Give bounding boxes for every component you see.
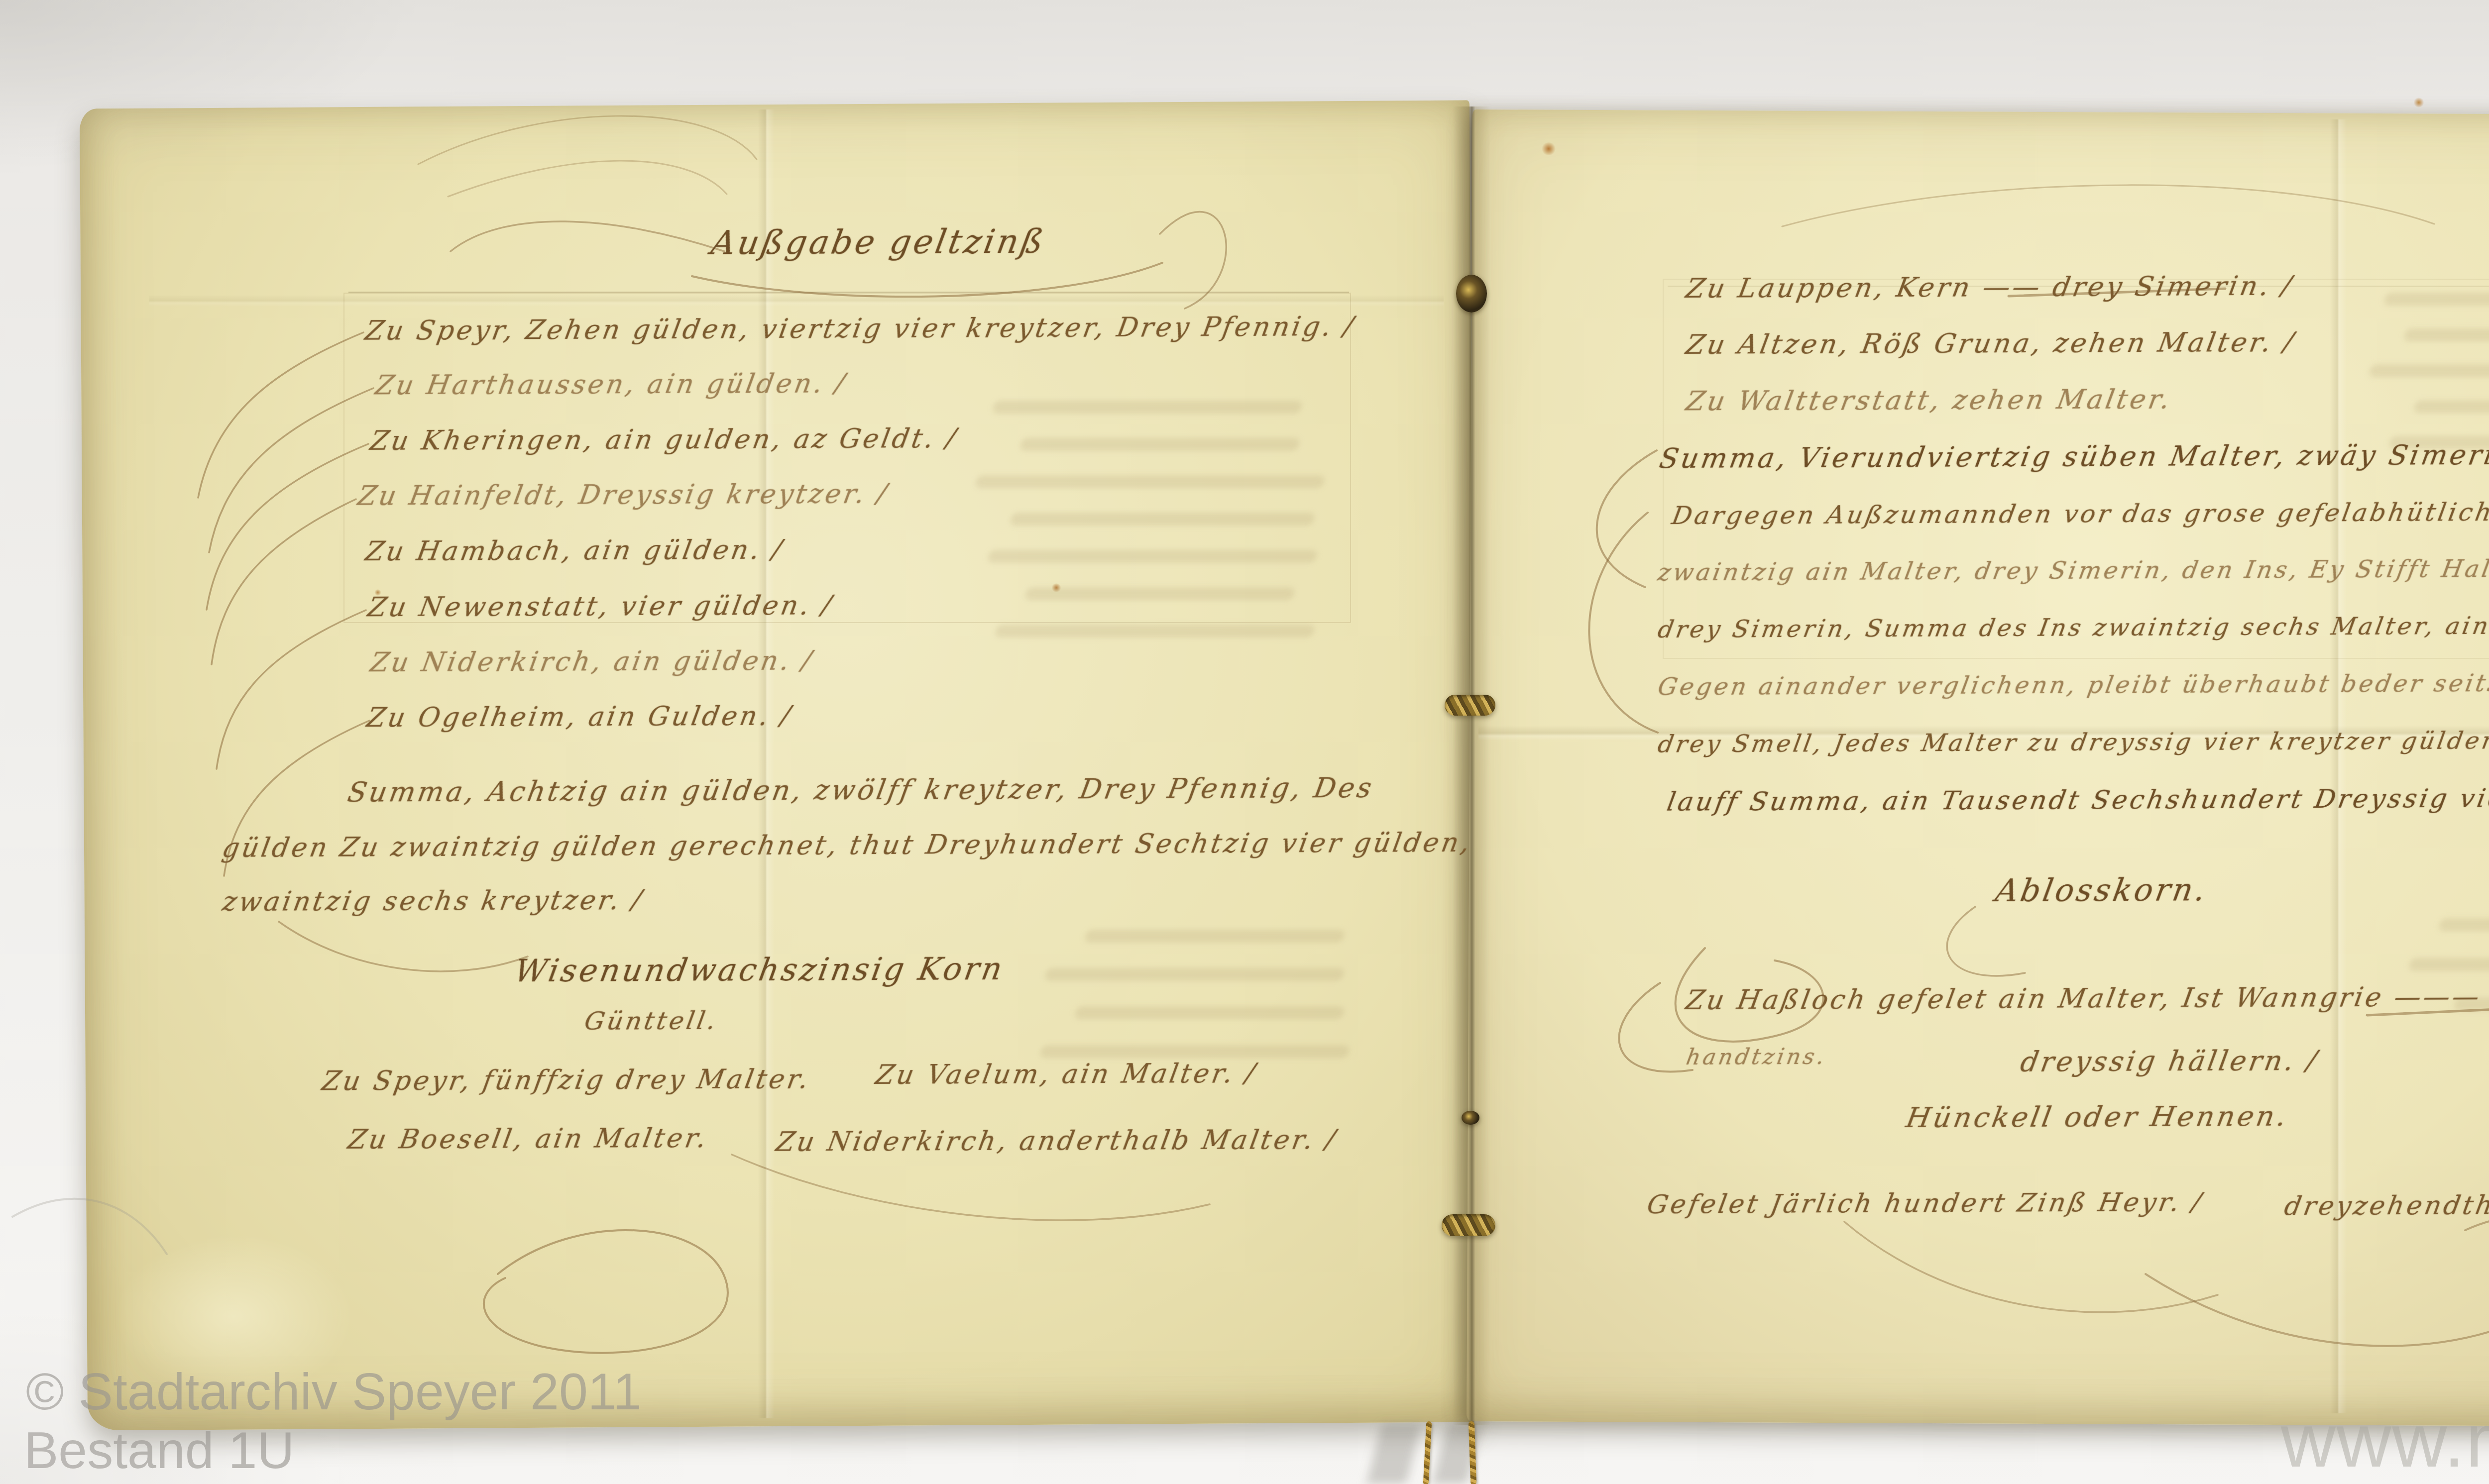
manuscript-line: Zu Speyr, Zehen gülden, viertzig vier kr…: [363, 312, 1358, 346]
column-entry: Zu Boesell, ain Malter.: [345, 1123, 711, 1155]
manuscript-line: Zu Hainfeldt, Dreyssig kreytzer. /: [355, 479, 892, 512]
ink-stain: [2413, 98, 2424, 107]
manuscript-line: Zu Lauppen, Kern —— drey Simerin. /: [1684, 270, 2296, 304]
side-note: handtzins.: [1685, 1044, 1829, 1069]
amount-line: dreyssig hällern. /: [2018, 1045, 2321, 1078]
paragraph-line: drey Smell, Jedes Malter zu dreyssig vie…: [1656, 725, 2489, 758]
manuscript-line: Zu Kheringen, ain gulden, az Geldt. /: [368, 423, 960, 456]
left-page-subheading-2: Günttell.: [582, 1006, 720, 1035]
ink-stain: [1541, 142, 1556, 155]
paragraph-line: Dargegen Außzumannden vor das grose gefe…: [1670, 496, 2489, 530]
summa-line: zwaintzig sechs kreytzer. /: [220, 885, 646, 917]
ruled-line-left: [348, 292, 1349, 293]
bottom-line-left: Gefelet Järlich hundert Zinß Heyr. /: [1645, 1187, 2206, 1220]
watermark-copyright-line2: Bestand 1U: [24, 1421, 294, 1481]
paragraph-line: zwaintzig ain Malter, drey Simerin, den …: [1656, 553, 2489, 586]
binding-stitch-lower: [1442, 1214, 1495, 1236]
summa-line: gülden Zu zwaintzig gülden gerechnet, th…: [220, 828, 1474, 863]
lifted-corner-highlight: [114, 1234, 353, 1398]
binding-knot-top: [1456, 275, 1487, 313]
column-entry: Zu Vaelum, ain Malter. /: [873, 1058, 1259, 1090]
manuscript-line: Zu Newenstatt, vier gülden. /: [365, 590, 836, 623]
paragraph-line: drey Simerin, Summa des Ins zwaintzig se…: [1656, 611, 2489, 643]
binding-knot-small: [1462, 1111, 1479, 1125]
paragraph-line: lauff Summa, ain Tausendt Sechshundert D…: [1665, 783, 2489, 817]
manuscript-line: Zu Hambach, ain gülden. /: [363, 534, 787, 567]
paragraph-line: Gegen ainander verglichenn, pleibt überh…: [1656, 668, 2489, 701]
archival-scan-photo: Außgabe geltzinß Zu Speyr, Zehen gülden,…: [0, 0, 2489, 1484]
manuscript-line: Zu Niderkirch, ain gülden. /: [368, 645, 816, 678]
binding-stitch-middle: [1445, 695, 1495, 716]
column-entry: Zu Niderkirch, anderthalb Malter. /: [774, 1125, 1340, 1158]
cord-shadow: [1366, 1424, 1421, 1484]
manuscript-line: Zu Waltterstatt, zehen Malter.: [1684, 383, 2174, 417]
summa-line: Summa, Achtzig ain gülden, zwölff kreytz…: [345, 772, 1377, 808]
hassloch-line: Zu Haßloch gefelet ain Malter, Ist Wanng…: [1684, 980, 2489, 1015]
binding-cord-left: [1423, 1421, 1432, 1484]
manuscript-line: Zu Altzen, Röß Gruna, zehen Malter. /: [1684, 326, 2298, 360]
bottom-line-right: dreyzehendthalb Malter. /: [2282, 1189, 2489, 1221]
manuscript-line: Zu Harthaussen, ain gülden. /: [373, 368, 849, 401]
right-page-heading: Ablosskorn.: [1993, 871, 2211, 909]
hinckel-line: Hünckell oder Hennen.: [1904, 1100, 2291, 1134]
manuscript-line: Summa, Vierundviertzig süben Malter, zwä…: [1657, 438, 2489, 474]
manuscript-line: Zu Ogelheim, ain Gulden. /: [364, 701, 795, 733]
left-page-subheading: Wisenundwachszinsig Korn: [512, 951, 1007, 989]
column-entry: Zu Speyr, fünffzig drey Malter.: [320, 1064, 813, 1096]
left-page-heading: Außgabe geltzinß: [708, 222, 1048, 262]
